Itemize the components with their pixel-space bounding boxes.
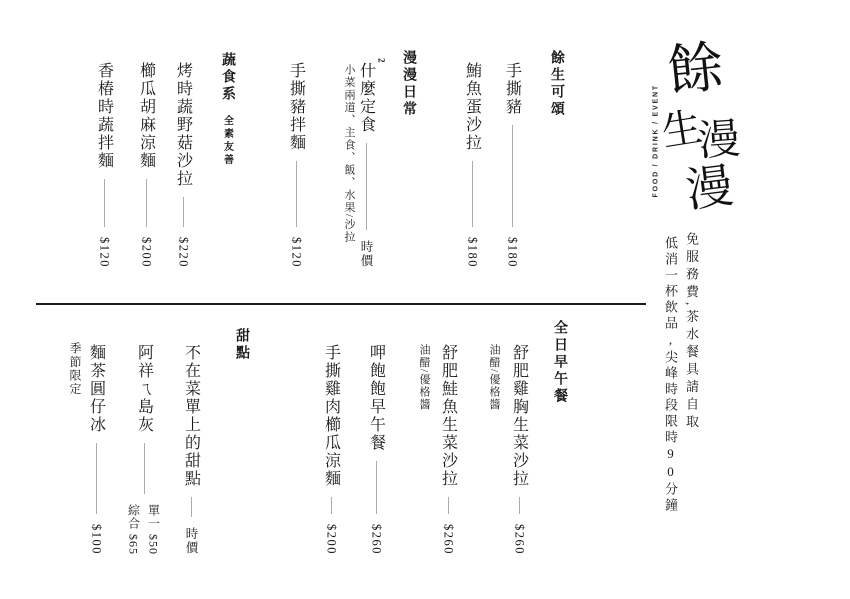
leader-line: [104, 179, 105, 227]
item-name: 香椿時蔬拌麵: [93, 62, 116, 170]
section-title-veggie: 蔬食系 全素友善: [214, 52, 240, 167]
section-title-text: 餘生可頌: [546, 50, 566, 118]
item-price: 時價: [182, 527, 200, 555]
item-name: 舒肥鮭魚生菜沙拉: [437, 344, 460, 488]
section-title-croissant: 餘生可頌: [543, 50, 569, 118]
item-name: 鮪魚蛋沙拉: [461, 62, 484, 152]
menu-item-sous-vide-chicken-salad: 舒肥雞胸生菜沙拉 $260: [506, 344, 532, 555]
item-detail-note: 季節限定: [67, 342, 84, 396]
menu-item-chicken-zucchini-noodles: 手撕雞肉櫛瓜涼麵 $200: [318, 344, 344, 555]
brand-tagline: FOOD / DRINK / EVENT: [653, 102, 660, 198]
menu-item-zucchini-sesame-noodles: 櫛瓜胡麻涼麵 $200: [133, 62, 159, 268]
item-price-pair: 單一 $50 綜合 $65: [126, 504, 163, 555]
item-price: $100: [89, 524, 104, 555]
item-price: $260: [512, 524, 527, 555]
menu-item-tuna-egg-salad: 鮪魚蛋沙拉 $180: [459, 62, 485, 268]
item-price: 時價: [357, 240, 375, 268]
menu-item-miancha-tangyuan-ice: 麵茶圓仔冰 $100: [83, 344, 109, 555]
item-price: $220: [176, 237, 191, 268]
item-price-mixed: 綜合 $65: [126, 504, 143, 555]
leader-line: [448, 497, 449, 514]
leader-line: [366, 143, 367, 230]
item-name: 手撕豬: [501, 62, 524, 116]
item-price: $200: [139, 237, 154, 268]
leader-line: [512, 125, 513, 227]
item-name: 阿祥ㄟ島灰: [133, 344, 156, 434]
section-title-text: 甜點: [231, 328, 251, 362]
item-price-single: 單一 $50: [146, 504, 163, 555]
brand-logo-char: 餘: [665, 39, 727, 101]
item-name: 手撕豬拌麵: [285, 62, 308, 152]
leader-line: [472, 161, 473, 227]
menu-item-toona-veg-noodles: 香椿時蔬拌麵 $120: [91, 62, 117, 268]
section-title-all-day-brunch: 全日早午餐: [546, 320, 572, 405]
item-name: 什麼定食 2: [355, 62, 378, 134]
item-name: 麵茶圓仔冰: [85, 344, 108, 434]
item-name: 呷飽飽早午餐: [365, 344, 388, 452]
section-subtitle-text: 全素友善: [220, 115, 235, 167]
leader-line: [96, 443, 97, 514]
brand-logo-char: 漫: [697, 119, 742, 164]
item-detail-note: 油醋/優格醬: [416, 344, 432, 411]
item-detail-note: 小菜兩道、主食、飯、水果/沙拉: [341, 64, 357, 244]
brand-logo-char: 漫: [683, 163, 735, 215]
leader-line: [376, 461, 377, 514]
item-price: $180: [505, 237, 520, 268]
leader-line: [191, 497, 192, 517]
menu-item-pulled-pork: 手撕豬 $180: [499, 62, 525, 268]
leader-line: [519, 497, 520, 514]
menu-item-full-brunch: 呷飽飽早午餐 $260: [363, 344, 389, 555]
item-price: $120: [97, 237, 112, 268]
item-name: 手撕雞肉櫛瓜涼麵: [320, 344, 343, 488]
section-divider: [36, 303, 646, 305]
menu-item-roasted-veg-mushroom-salad: 烤時蔬野菇沙拉 $220: [170, 62, 196, 268]
leader-line: [144, 443, 145, 494]
item-price: $260: [369, 524, 384, 555]
menu-item-off-menu-dessert: 不在菜單上的甜點 時價: [178, 344, 204, 555]
notice-minimum-order: 低消一杯飲品,尖峰時段限時90分鐘: [661, 236, 680, 514]
item-name: 櫛瓜胡麻涼麵: [135, 62, 158, 170]
leader-line: [146, 179, 147, 227]
menu-item-pulled-pork-noodles: 手撕豬拌麵 $120: [283, 62, 309, 268]
item-name-text: 什麼定食: [358, 62, 375, 134]
section-title-dessert: 甜點: [228, 328, 254, 362]
leader-line: [183, 197, 184, 227]
item-superscript: 2: [377, 58, 387, 63]
section-title-daily: 漫漫日常: [395, 50, 421, 118]
menu-item-a-hsiang-gelato: 阿祥ㄟ島灰 單一 $50 綜合 $65: [124, 344, 164, 555]
leader-line: [296, 161, 297, 227]
item-name: 烤時蔬野菇沙拉: [172, 62, 195, 188]
item-name: 舒肥雞胸生菜沙拉: [508, 344, 531, 488]
notice-no-service-charge: 免服務費,茶水餐具請自取: [682, 232, 701, 432]
section-title-text: 全日早午餐: [549, 320, 569, 405]
leader-line: [331, 497, 332, 514]
menu-item-sous-vide-salmon-salad: 舒肥鮭魚生菜沙拉 $260: [435, 344, 461, 555]
menu-page: 餘生可頌 漫漫日常 蔬食系 全素友善 手撕豬 $180 鮪魚蛋沙拉 $180 什…: [0, 0, 850, 599]
item-price: $180: [465, 237, 480, 268]
item-price: $260: [441, 524, 456, 555]
item-price: $120: [289, 237, 304, 268]
section-title-text: 漫漫日常: [398, 50, 418, 118]
item-detail-note: 油醋/優格醬: [486, 344, 502, 411]
section-title-text: 蔬食系: [217, 52, 237, 103]
item-price: $200: [324, 524, 339, 555]
item-name: 不在菜單上的甜點: [180, 344, 203, 488]
